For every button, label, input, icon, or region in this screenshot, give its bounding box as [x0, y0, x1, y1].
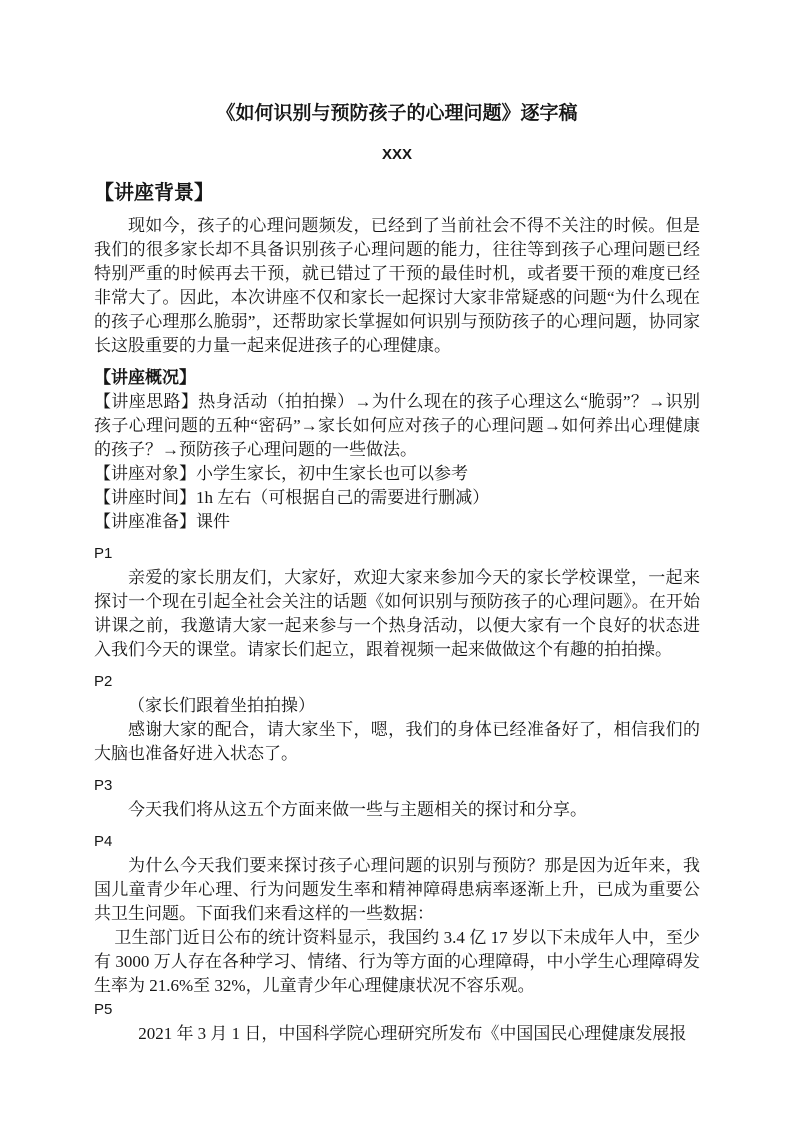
- lecture-background-paragraph: 现如今，孩子的心理问题频发，已经到了当前社会不得不关注的时候。但是我们的很多家长…: [94, 214, 700, 358]
- lecture-duration-line: 【讲座时间】1h 左右（可根据自己的需要进行删减）: [94, 486, 700, 510]
- slide-marker-p3: P3: [94, 774, 700, 798]
- slide-p4-paragraph: 为什么今天我们要来探讨孩子心理问题的识别与预防？那是因为近年来，我国儿童青少年心…: [94, 854, 700, 926]
- lecture-materials-line: 【讲座准备】课件: [94, 510, 700, 534]
- slide-p2-stage-direction: （家长们跟着坐拍拍操）: [94, 694, 700, 718]
- script-section-p1: P1 亲爱的家长朋友们，大家好，欢迎大家来参加今天的家长学校课堂，一起来探讨一个…: [94, 542, 700, 662]
- script-section-p2: P2 （家长们跟着坐拍拍操） 感谢大家的配合，请大家坐下，嗯，我们的身体已经准备…: [94, 670, 700, 766]
- slide-p2-paragraph: 感谢大家的配合，请大家坐下，嗯，我们的身体已经准备好了，相信我们的大脑也准备好进…: [94, 718, 700, 766]
- slide-p3-paragraph: 今天我们将从这五个方面来做一些与主题相关的探讨和分享。: [94, 798, 700, 822]
- slide-p4-statistics-paragraph: 卫生部门近日公布的统计资料显示，我国约 3.4 亿 17 岁以下未成年人中，至少…: [94, 926, 700, 998]
- script-section-p4: P4 为什么今天我们要来探讨孩子心理问题的识别与预防？那是因为近年来，我国儿童青…: [94, 830, 700, 998]
- slide-marker-p5: P5: [94, 998, 700, 1022]
- lecture-audience-line: 【讲座对象】小学生家长，初中生家长也可以参考: [94, 462, 700, 486]
- slide-p5-paragraph: 2021 年 3 月 1 日，中国科学院心理研究所发布《中国国民心理健康发展报: [94, 1022, 700, 1046]
- script-section-p5: P5 2021 年 3 月 1 日，中国科学院心理研究所发布《中国国民心理健康发…: [94, 998, 700, 1046]
- lecture-background-heading: 【讲座背景】: [94, 178, 700, 208]
- lecture-approach-line: 【讲座思路】热身活动（拍拍操）→为什么现在的孩子心理这么“脆弱”？→识别孩子心理…: [94, 390, 700, 462]
- document-title: 《如何识别与预防孩子的心理问题》逐字稿: [94, 101, 700, 127]
- script-section-p3: P3 今天我们将从这五个方面来做一些与主题相关的探讨和分享。: [94, 774, 700, 822]
- document-page: 《如何识别与预防孩子的心理问题》逐字稿 XXX 【讲座背景】 现如今，孩子的心理…: [0, 0, 793, 1122]
- slide-marker-p1: P1: [94, 542, 700, 566]
- lecture-overview-heading: 【讲座概况】: [94, 366, 700, 390]
- slide-marker-p4: P4: [94, 830, 700, 854]
- slide-marker-p2: P2: [94, 670, 700, 694]
- lecture-background-section: 【讲座背景】 现如今，孩子的心理问题频发，已经到了当前社会不得不关注的时候。但是…: [94, 178, 700, 358]
- document-header: 《如何识别与预防孩子的心理问题》逐字稿 XXX: [94, 101, 700, 167]
- slide-p1-paragraph: 亲爱的家长朋友们，大家好，欢迎大家来参加今天的家长学校课堂，一起来探讨一个现在引…: [94, 566, 700, 662]
- lecture-overview-section: 【讲座概况】 【讲座思路】热身活动（拍拍操）→为什么现在的孩子心理这么“脆弱”？…: [94, 366, 700, 534]
- document-author: XXX: [94, 143, 700, 167]
